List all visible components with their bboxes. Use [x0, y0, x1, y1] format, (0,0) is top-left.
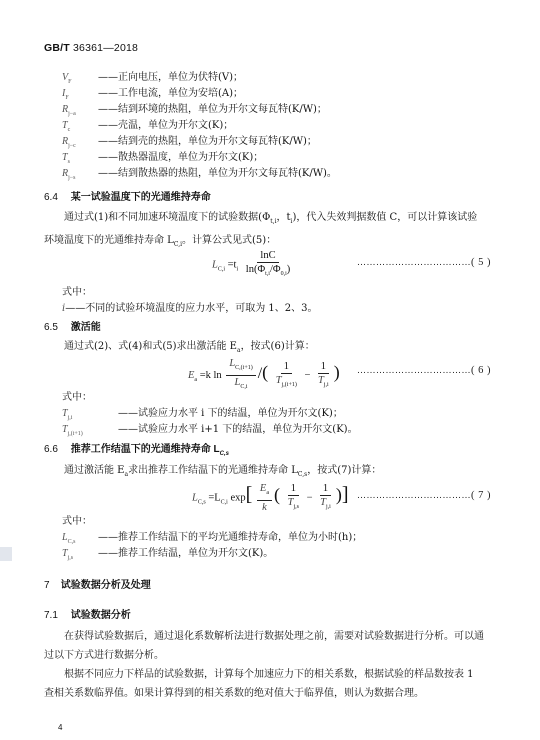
fraction-3: 1 Tj,i — [315, 360, 332, 392]
sub: C,(i+1) — [235, 365, 253, 371]
eq: =L — [208, 492, 220, 503]
den: ln(Φ — [246, 264, 265, 275]
text: ，按式(6)计算： — [241, 341, 315, 352]
standard-prefix: GB/T — [44, 42, 70, 54]
section-6-5-heading: 6.5 激活能 — [44, 318, 101, 333]
section-title: 试验数据分析 — [71, 610, 131, 621]
equation-7-leader: ………………………………( 7 ) — [357, 490, 491, 501]
sub: j,(i+1) — [68, 431, 83, 437]
section-6-6-heading: 6.6 推荐工作结温下的光通维持寿命 LC,s — [44, 440, 229, 457]
sub: j,(i+1) — [282, 382, 297, 388]
sub: a — [266, 490, 269, 496]
lhs-sub: C,s — [198, 500, 206, 506]
eq: =k ln — [200, 370, 222, 381]
equation-number: ( 7 ) — [471, 490, 491, 501]
definition-text: ——试验应力水平 i+1 下的结温，单位为开尔文(K)。 — [118, 424, 358, 435]
where-item-i: i——不同的试验环境温度的应力水平，可取为 1、2、3。 — [62, 299, 317, 314]
section-7-1-paragraph-2: 根据不同应力下样品的试验数据，计算每个加速应力下的相关系数，根据试验的样品数按表… — [44, 665, 484, 703]
equation-6-leader: ………………………………( 6 ) — [357, 365, 491, 376]
leader-dots: ……………………………… — [357, 365, 471, 375]
text: 通过式(2)、式(4)和式(5)求出激活能 E — [64, 341, 237, 352]
section-number: 7.1 — [44, 610, 68, 621]
section-title: 推荐工作结温下的光通维持寿命 L — [71, 444, 220, 455]
standard-number: 36361—2018 — [73, 42, 138, 54]
text: ，t — [277, 212, 291, 223]
num: 1 — [318, 360, 329, 374]
where-label: 式中： — [62, 388, 92, 403]
where-label: 式中： — [62, 512, 92, 527]
section-6-6-paragraph: 通过激活能 Ea求出推荐工作结温下的光通维持寿命 LC,s，按式(7)计算： — [44, 461, 484, 484]
definition-text: ——试验应力水平 i 下的结温，单位为开尔文(K)； — [118, 408, 343, 419]
definition-text: ——结到散热器的热阻，单位为开尔文每瓦特(K/W)。 — [98, 168, 337, 179]
sub: C,s — [298, 471, 307, 478]
section-title: 试验数据分析及处理 — [61, 580, 151, 591]
section-7-heading: 7 试验数据分析及处理 — [44, 576, 151, 591]
denominator: ln(Φt,i/Φ0,i) — [243, 263, 293, 281]
fraction-2: 1 Tj,(i+1) — [273, 360, 300, 392]
lhs-sub: C,i — [218, 267, 225, 273]
where-item-lcs: LC,s——推荐工作结温下的平均光通维持寿命，单位为小时(h)； — [62, 528, 362, 545]
section-6-4-heading: 6.4 某一试验温度下的光通维持寿命 — [44, 188, 211, 203]
section-title: 某一试验温度下的光通维持寿命 — [71, 192, 211, 203]
fraction: lnC ln(Φt,i/Φ0,i) — [243, 249, 293, 281]
sub: C,i — [240, 384, 247, 390]
end: ) — [287, 264, 291, 275]
num: 1 — [281, 360, 292, 374]
section-7-1-heading: 7.1 试验数据分析 — [44, 606, 131, 621]
page-number: 4 — [58, 723, 62, 732]
sub: C,i — [174, 241, 182, 248]
definition-if: IF——工作电流，单位为安培(A)； — [62, 84, 243, 101]
minus: − — [304, 370, 310, 381]
num: 1 — [320, 482, 331, 496]
definition-tc: Tc——壳温，单位为开尔文(K)； — [62, 116, 233, 133]
definition-rjs: Rj−s——结到散热器的热阻，单位为开尔文每瓦特(K/W)。 — [62, 164, 337, 181]
section-7-1-paragraph-1: 在获得试验数据后，通过退化系数解析法进行数据处理之前，需要对试验数据进行分析。可… — [44, 627, 484, 665]
sub: j,i — [324, 382, 329, 388]
definition-text: ——不同的试验环境温度的应力水平，可取为 1、2、3。 — [65, 303, 317, 314]
section-number: 7 — [44, 580, 58, 591]
definition-rjc: Rj−c——结到壳的热阻，单位为开尔文每瓦特(K/W)； — [62, 132, 317, 149]
definition-text: ——正向电压，单位为伏特(V)； — [98, 72, 243, 83]
den: k — [262, 502, 267, 513]
text: 。计算公式见式(5)： — [182, 235, 276, 246]
text: 求出推荐工作结温下的光通维持寿命 L — [128, 465, 298, 476]
equation-number: ( 6 ) — [471, 365, 491, 376]
scan-artifact — [0, 547, 12, 561]
section-number: 6.4 — [44, 192, 68, 203]
fraction-3: 1 Tj,i — [317, 482, 334, 514]
definition-text: ——推荐工作结温下的平均光通维持寿命，单位为小时(h)； — [98, 532, 362, 543]
where-item-tji: Tj,i——试验应力水平 i 下的结温，单位为开尔文(K)； — [62, 404, 343, 421]
lhs-sub: a — [194, 377, 197, 383]
formula-5: LC,i =ti lnC ln(Φt,i/Φ0,i) — [212, 249, 295, 281]
section-title: 激活能 — [71, 322, 101, 333]
definition-text: ——结到壳的热阻，单位为开尔文每瓦特(K/W)； — [98, 136, 317, 147]
formula-7: LC,s =LC,i exp[ Ea k ( 1 Tj,s − 1 Tj,i )… — [192, 482, 349, 514]
symbol-sub: j−s — [68, 175, 75, 181]
text: 通过激活能 E — [64, 465, 124, 476]
formula-6: Ea =k ln LC,(i+1) LC,i /( 1 Tj,(i+1) − 1… — [188, 357, 340, 394]
definition-text: ——结到环境的热阻，单位为开尔文每瓦特(K/W)； — [98, 104, 327, 115]
where-item-tji1: Tj,(i+1)——试验应力水平 i+1 下的结温，单位为开尔文(K)。 — [62, 420, 358, 437]
numerator: lnC — [257, 249, 278, 263]
eq-sub: i — [236, 267, 238, 273]
where-item-tjs: Tj,s——推荐工作结温，单位为开尔文(K)。 — [62, 544, 273, 561]
sub: j,i — [326, 504, 331, 510]
section-number: 6.6 — [44, 444, 68, 455]
definition-ts: Ts——散热器温度，单位为开尔文(K)； — [62, 148, 263, 165]
definition-text: ——推荐工作结温，单位为开尔文(K)。 — [98, 548, 273, 559]
where-label: 式中： — [62, 283, 92, 298]
mid: /Φ — [270, 264, 281, 275]
section-number: 6.5 — [44, 322, 68, 333]
fraction-1: LC,(i+1) LC,i — [226, 357, 255, 394]
equation-number: ( 5 ) — [471, 257, 491, 268]
minus: − — [307, 492, 313, 503]
num: 1 — [288, 482, 299, 496]
title-sub: C,s — [220, 451, 229, 457]
sub: j,s — [68, 555, 74, 561]
leader-dots: ……………………………… — [357, 490, 471, 500]
definition-text: ——工作电流，单位为安培(A)； — [98, 88, 243, 99]
sub: j,s — [293, 504, 299, 510]
eq-sub: C,i — [221, 500, 228, 506]
leader-dots: ……………………………… — [357, 257, 471, 267]
definition-vf: VF——正向电压，单位为伏特(V)； — [62, 68, 243, 85]
equation-5-leader: ………………………………( 5 ) — [357, 257, 491, 268]
section-6-4-paragraph: 通过式(1)和不同加速环境温度下的试验数据(Φt,i，ti)，代入失效判据数值 … — [44, 208, 484, 254]
definition-text: ——散热器温度，单位为开尔文(K)； — [98, 152, 263, 163]
definition-rja: Rj−a——结到环境的热阻，单位为开尔文每瓦特(K/W)； — [62, 100, 327, 117]
text: 通过式(1)和不同加速环境温度下的试验数据(Φ — [64, 212, 270, 223]
fraction-ea-k: Ea k — [257, 482, 272, 514]
text: 境温度下的光通维持寿命 L — [54, 235, 174, 246]
definition-text: ——壳温，单位为开尔文(K)； — [98, 120, 233, 131]
text: ，按式(7)计算： — [307, 465, 381, 476]
exp: exp — [230, 492, 245, 503]
document-header: GB/T 36361—2018 — [44, 42, 138, 54]
fraction-2: 1 Tj,s — [285, 482, 302, 514]
